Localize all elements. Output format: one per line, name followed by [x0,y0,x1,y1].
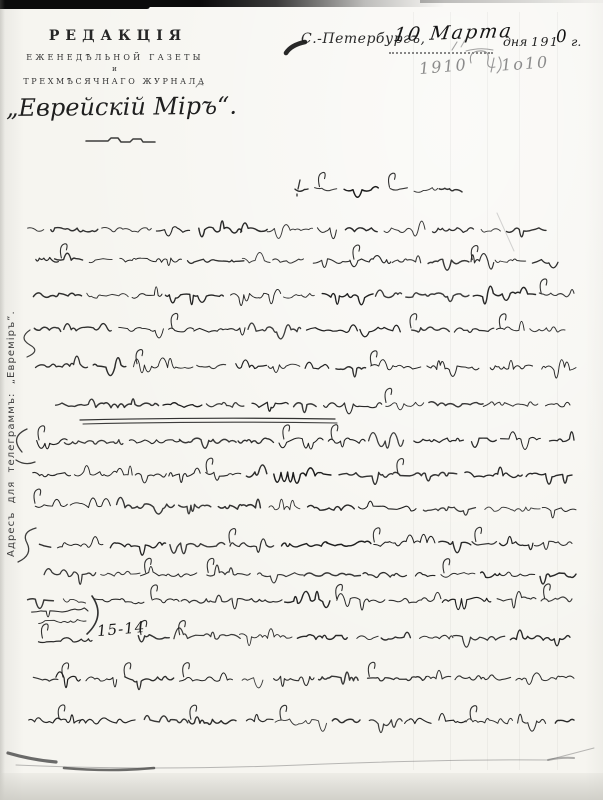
scanned-letter-page: РЕДАКЦІЯ ЕЖЕНЕДѢЛЬНОЙ ГАЗЕТЫ и ТРЕХМѢСЯЧ… [0,0,603,800]
handwriting-svg [0,0,603,800]
paper-bottom-edge-shadow [0,773,603,800]
